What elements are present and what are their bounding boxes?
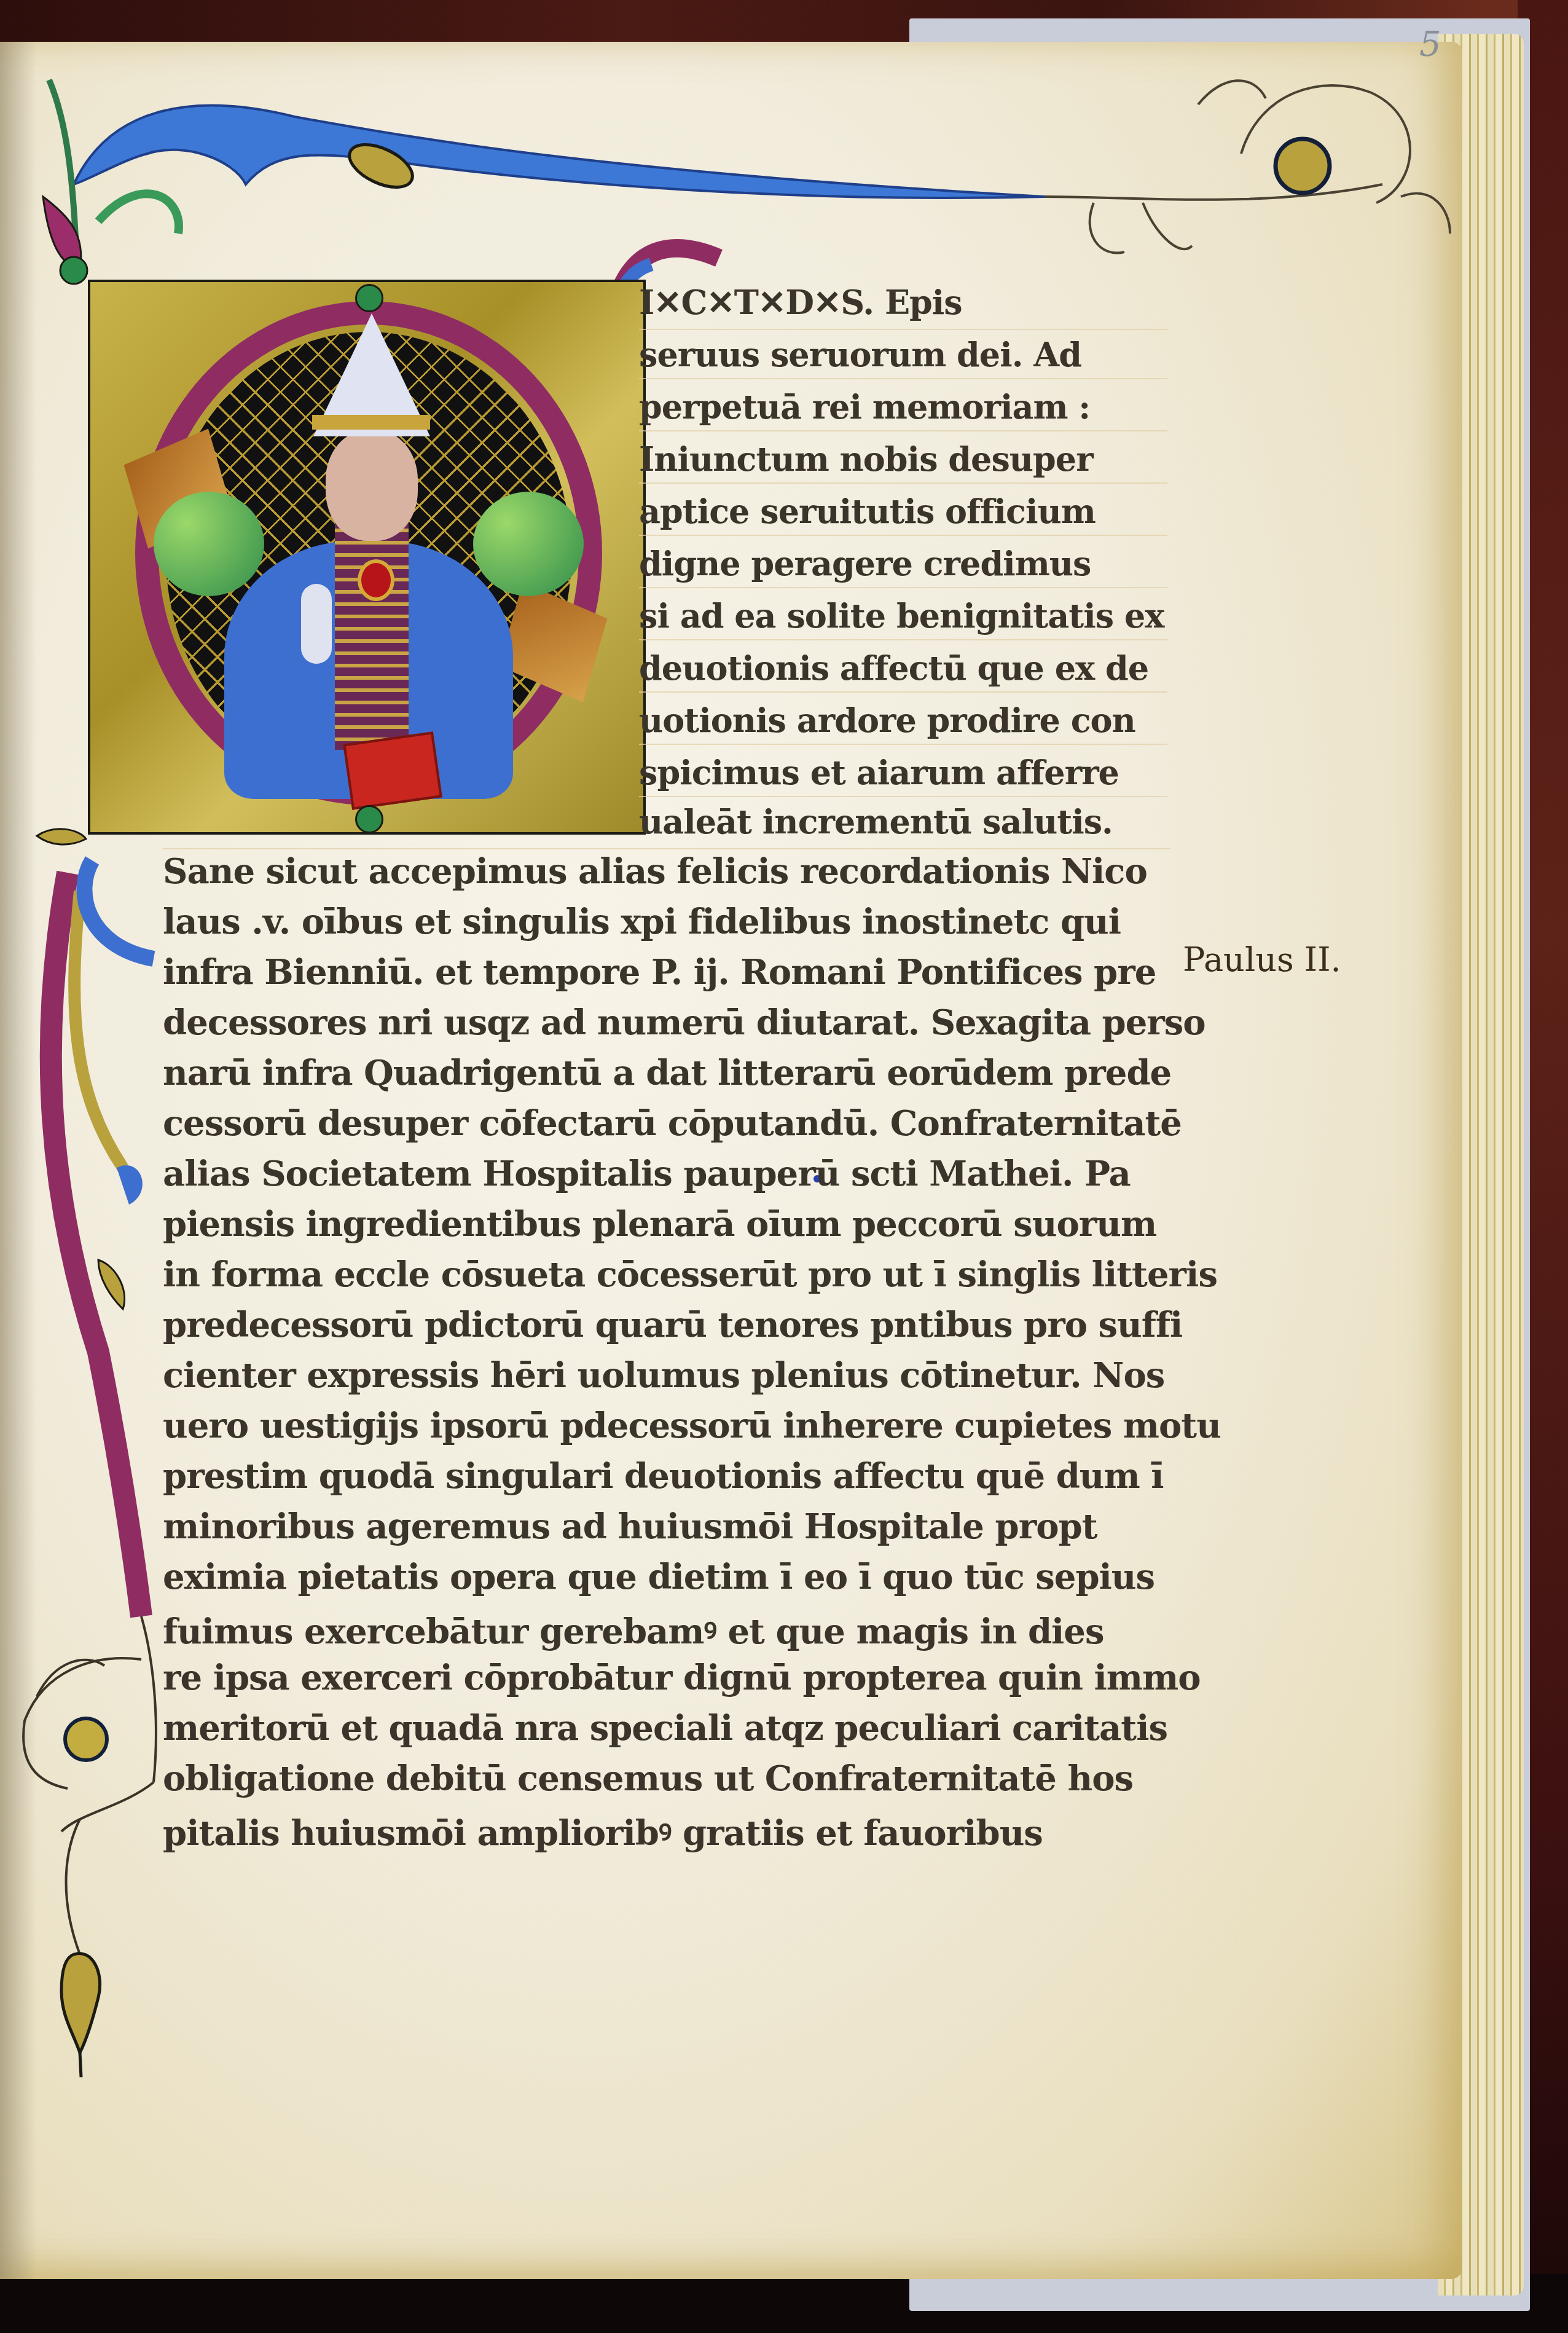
pen-flourish-top-right xyxy=(1045,81,1450,253)
pope-stole xyxy=(335,516,409,750)
text-line: ualeāt incrementū salutis. xyxy=(639,802,1113,841)
text-line: uotionis ardore prodire con xyxy=(639,701,1135,740)
text-line: obligatione debitū censemus ut Confrater… xyxy=(163,1758,1133,1799)
blue-vine-icon xyxy=(84,860,154,959)
blessing-hand-icon xyxy=(301,584,332,664)
gold-dot-icon xyxy=(1276,139,1330,193)
text-line: perpetuā rei memoriam : xyxy=(639,387,1090,427)
green-curl-icon xyxy=(98,194,179,234)
text-line: predecessorū pdictorū quarū tenores pnti… xyxy=(163,1305,1182,1345)
text-line: pitalis huiusmōi amplioribꝰ gratiis et f… xyxy=(163,1809,1043,1855)
text-line: prestim quodā singulari deuotionis affec… xyxy=(163,1456,1164,1497)
text-line: cienter expressis hēri uolumus plenius c… xyxy=(163,1355,1164,1396)
text-line: in forma eccle cōsueta cōcesserūt pro ut… xyxy=(163,1254,1217,1295)
bud-stem-icon xyxy=(80,2053,81,2077)
green-knob-bottom-icon xyxy=(355,805,383,833)
heading-line: I✕C✕T✕D✕S. Epis xyxy=(639,283,962,322)
fruit-cluster-left-icon xyxy=(154,492,264,596)
text-line: infra Bienniū. et tempore P. ij. Romani … xyxy=(163,952,1156,993)
text-line: cessorū desuper cōfectarū cōputandū. Con… xyxy=(163,1103,1182,1144)
text-line: Iniunctum nobis desuper xyxy=(639,439,1093,479)
text-line: narū infra Quadrigentū a dat litterarū e… xyxy=(163,1053,1171,1093)
text-line: digne peragere credimus xyxy=(639,544,1091,583)
text-line: alias Societatem Hospitalis pauperū scti… xyxy=(163,1154,1131,1194)
gold-leaf-left-icon xyxy=(37,829,86,844)
text-line: seruus seruorum dei. Ad xyxy=(639,335,1081,374)
text-line: eximia pietatis opera que dietim ī eo ī … xyxy=(163,1557,1154,1597)
text-line: uero uestigijs ipsorū pdecessorū inherer… xyxy=(163,1406,1221,1446)
gold-dot-left-icon xyxy=(65,1718,107,1760)
text-line: laus .v. oībus et singulis xpi fidelibus… xyxy=(163,902,1121,942)
fruit-cluster-right-icon xyxy=(473,492,584,596)
text-line: decessores nri usqz ad numerū diutarat. … xyxy=(163,1002,1205,1043)
text-line: Sane sicut accepimus alias felicis recor… xyxy=(163,851,1147,892)
pope-face xyxy=(326,430,418,541)
tiara-crown-band xyxy=(312,415,430,430)
text-line: minoribus ageremus ad huiusmōi Hospitale… xyxy=(163,1506,1097,1547)
blue-leaf-icon xyxy=(117,1165,143,1205)
pen-flourish-bottom-left xyxy=(23,1616,156,1954)
margin-annotation: Paulus II. xyxy=(1183,940,1341,979)
text-line: fuimus exercebātur gerebamꝰ et que magis… xyxy=(163,1607,1104,1654)
text-line: deuotionis affectū que ex de xyxy=(639,648,1148,688)
magenta-vine-icon xyxy=(51,873,141,1616)
gold-leaf-lower-icon xyxy=(98,1260,125,1309)
text-line: meritorū et quadā nra speciali atqz pecu… xyxy=(163,1708,1167,1749)
green-knob-top-icon xyxy=(355,284,383,312)
text-line: piensis ingredientibus plenarā oīum pecc… xyxy=(163,1204,1156,1245)
green-knob-icon xyxy=(60,257,87,284)
text-line: spicimus et aiarum afferre xyxy=(639,753,1119,792)
text-line: re ipsa exerceri cōprobātur dignū propte… xyxy=(163,1658,1201,1698)
red-brooch-icon xyxy=(358,559,394,601)
red-book-icon xyxy=(343,731,442,810)
gold-bud-icon xyxy=(61,1953,100,2053)
blue-acanthus-leaf-icon xyxy=(74,106,1045,198)
text-line: si ad ea solite benignitatis ex xyxy=(639,596,1164,635)
text-line: aptice seruitutis officium xyxy=(639,492,1096,531)
